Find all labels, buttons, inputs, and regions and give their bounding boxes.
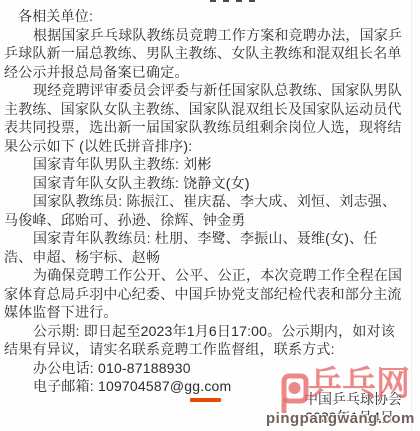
- line-para1-1: 根据国家乒乓球队教练员竞聘工作方案和竞聘办法，国家乒: [4, 26, 420, 45]
- cropped-line-remnant: [210, 0, 258, 2]
- line-para2-1: 现经竞聘评审委员会评委与新任国家队总教练、国家队男队: [4, 81, 420, 100]
- email-underline-mark: [190, 398, 221, 402]
- line-salutation: 各相关单位:: [4, 7, 420, 26]
- line-youth-women-coach: 国家青年队女队主教练: 饶静文(女): [4, 174, 420, 193]
- line-supervision-1: 为确保竞聘工作公开、公平、公正，本次竞聘工作全程在国: [4, 266, 420, 285]
- line-supervision-2: 家体育总局乒羽中心纪委、中国乒协党支部纪检代表和部分主流: [4, 285, 420, 304]
- line-para2-2: 主教练、国家队女队主教练、国家队混双组长及国家队运动员代: [4, 100, 420, 119]
- line-para2-3: 表共同投票，选出新一届国家队教练员组剩余岗位人选，现将结: [4, 118, 420, 137]
- line-notice-period-1: 公示期: 即日起至2023年1月6日17:00。公示期内，如对该: [4, 322, 420, 341]
- line-para1-2: 乒球队新一届总教练、男队主教练、女队主教练和混双组长名单: [4, 44, 420, 63]
- signature-org: 中国乒乓球协会: [304, 389, 402, 409]
- line-notice-period-2: 结果有异议，请实名联系竞聘工作监督组，联系方式:: [4, 340, 420, 359]
- announcement-page: 各相关单位: 根据国家乒乓球队教练员竞聘工作方案和竞聘办法，国家乒 乒球队新一届…: [0, 0, 420, 431]
- announcement-body: 各相关单位: 根据国家乒乓球队教练员竞聘工作方案和竞聘办法，国家乒 乒球队新一届…: [4, 7, 420, 396]
- line-youth-coaches-1: 国家青年队教练员: 杜朋、李鹭、李振山、聂维(女)、任: [4, 229, 420, 248]
- signature-date: 2023年1月4日: [305, 407, 394, 427]
- line-para1-3: 经公示并报总局备案已确定。: [4, 63, 420, 82]
- line-para2-4: 果公示如下 (以姓氏拼音排序):: [4, 137, 420, 156]
- line-youth-coaches-2: 浩、申超、杨宇标、赵畅: [4, 248, 420, 267]
- line-youth-men-coach: 国家青年队男队主教练: 刘彬: [4, 155, 420, 174]
- line-national-coaches-2: 马俊峰、邱贻可、孙逊、徐辉、钟金勇: [4, 211, 420, 230]
- line-supervision-3: 媒体监督下进行。: [4, 303, 420, 322]
- office-phone-line: 办公电话: 010-87188930: [4, 359, 420, 378]
- line-national-coaches-1: 国家队教练员: 陈振江、崔庆磊、李大成、刘恒、刘志强、: [4, 192, 420, 211]
